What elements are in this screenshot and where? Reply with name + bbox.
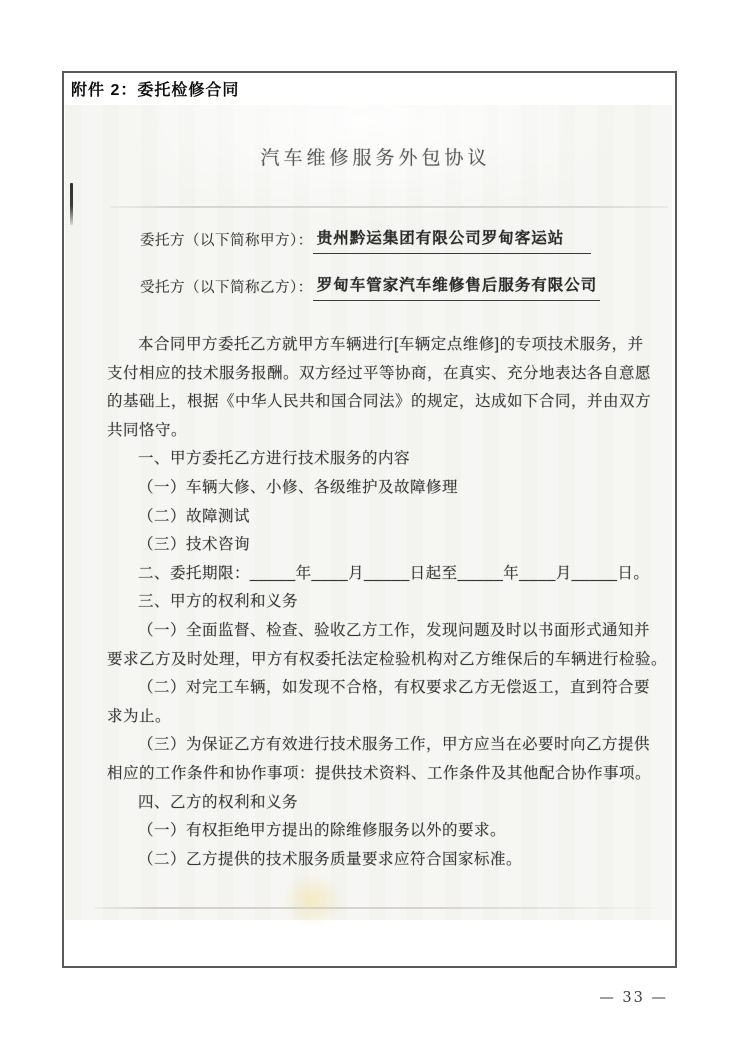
party-row-client: 委托方（以下简称甲方）：贵州黔运集团有限公司罗甸客运站 xyxy=(140,226,591,254)
party-label-contractor: 受托方（以下简称乙方）： xyxy=(140,280,313,296)
contract-line: （二）对完工车辆，如发现不合格，有权要求乙方无偿返工，直到符合要 xyxy=(107,674,683,703)
contract-line: 二、委托期限：_____年____月_____日起至_____年____月___… xyxy=(107,560,683,589)
contract-line: 三、甲方的权利和义务 xyxy=(107,588,683,617)
attachment-frame: 附件 2：委托检修合同 汽车维修服务外包协议 委托方（以下简称甲方）：贵州黔运集… xyxy=(62,71,677,968)
contract-body: 本合同甲方委托乙方就甲方车辆进行[车辆定点维修]的专项技术服务，并支付相应的技术… xyxy=(107,331,683,874)
document-page: { "attachment": { "header": "附件 2：委托检修合同… xyxy=(0,0,740,1046)
contract-line: （一）车辆大修、小修、各级维护及故障修理 xyxy=(107,474,683,503)
contract-line: 的基础上，根据《中华人民共和国合同法》的规定，达成如下合同，并由双方 xyxy=(107,388,683,417)
contract-line: （三）为保证乙方有效进行技术服务工作，甲方应当在必要时向乙方提供 xyxy=(107,731,683,760)
scan-separator-line-top xyxy=(110,206,668,208)
contract-line: 四、乙方的权利和义务 xyxy=(107,789,683,818)
scan-separator-line-bottom xyxy=(95,907,657,909)
contract-line: 要求乙方及时处理，甲方有权委托法定检验机构对乙方维保后的车辆进行检验。 xyxy=(107,646,683,675)
contract-line: （二）故障测试 xyxy=(107,503,683,532)
scan-artifact-mark xyxy=(70,183,73,225)
party-name-client: 贵州黔运集团有限公司罗甸客运站 xyxy=(313,226,591,254)
contract-line: 相应的工作条件和协作事项：提供技术资料、工作条件及其他配合协作事项。 xyxy=(107,760,683,789)
contract-line: 一、甲方委托乙方进行技术服务的内容 xyxy=(107,445,683,474)
contract-line: （二）乙方提供的技术服务质量要求应符合国家标准。 xyxy=(107,846,683,875)
attachment-title: 附件 2：委托检修合同 xyxy=(71,77,239,100)
contract-line: 本合同甲方委托乙方就甲方车辆进行[车辆定点维修]的专项技术服务，并 xyxy=(107,331,683,360)
contract-line: （三）技术咨询 xyxy=(107,531,683,560)
party-name-contractor: 罗甸车管家汽车维修售后服务有限公司 xyxy=(313,273,601,301)
contract-line: 共同恪守。 xyxy=(107,417,683,446)
contract-line: （一）全面监督、检查、验收乙方工作，发现问题及时以书面形式通知并 xyxy=(107,617,683,646)
contract-line: （一）有权拒绝甲方提出的除维修服务以外的要求。 xyxy=(107,817,683,846)
contract-title: 汽车维修服务外包协议 xyxy=(65,143,672,170)
contract-line: 求为止。 xyxy=(107,703,683,732)
scanned-contract-page: 汽车维修服务外包协议 委托方（以下简称甲方）：贵州黔运集团有限公司罗甸客运站 受… xyxy=(65,105,672,920)
page-number: — 33 — xyxy=(599,990,668,1006)
scan-stain xyxy=(283,873,343,928)
party-row-contractor: 受托方（以下简称乙方）：罗甸车管家汽车维修售后服务有限公司 xyxy=(140,273,600,301)
contract-line: 支付相应的技术服务报酬。双方经过平等协商，在真实、充分地表达各自意愿 xyxy=(107,360,683,389)
party-label-client: 委托方（以下简称甲方）： xyxy=(140,233,313,249)
